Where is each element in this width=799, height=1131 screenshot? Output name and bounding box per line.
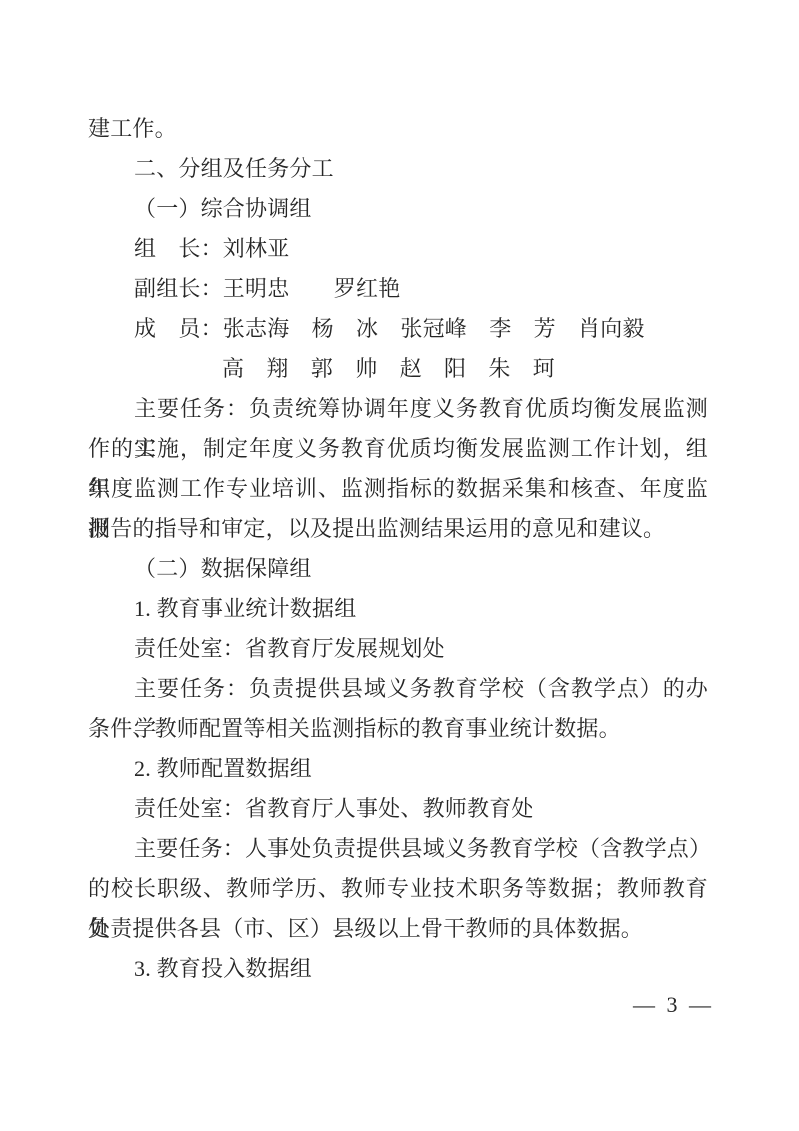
members-line-1: 成 员：张志海 杨 冰 张冠峰 李 芳 肖向毅 [88, 309, 708, 349]
section-heading: 二、分组及任务分工 [88, 149, 708, 189]
main-tasks-paragraph-line: 条件、教师配置等相关监测指标的教育事业统计数据。 [88, 709, 708, 749]
main-tasks-paragraph-line: 作的实施，制定年度义务教育优质均衡发展监测工作计划，组织 [88, 429, 708, 469]
main-tasks-paragraph-line: 主要任务：人事处负责提供县域义务教育学校（含教学点） [88, 829, 708, 869]
responsible-office-line: 责任处室：省教育厅人事处、教师教育处 [88, 789, 708, 829]
page-number: — 3 — [633, 990, 711, 1020]
paragraph-continuation-line: 建工作。 [88, 109, 708, 149]
deputy-leaders-line: 副组长：王明忠 罗红艳 [88, 269, 708, 309]
main-tasks-paragraph-line: 报告的指导和审定，以及提出监测结果运用的意见和建议。 [88, 509, 708, 549]
main-tasks-paragraph-line: 主要任务：负责提供县域义务教育学校（含教学点）的办学 [88, 669, 708, 709]
main-tasks-paragraph-line: 负责提供各县（市、区）县级以上骨干教师的具体数据。 [88, 909, 708, 949]
subsection-heading-group-1: （一）综合协调组 [88, 189, 708, 229]
members-line-2: 高 翔 郭 帅 赵 阳 朱 珂 [88, 349, 708, 389]
main-tasks-paragraph-line: 年度监测工作专业培训、监测指标的数据采集和核查、年度监测 [88, 469, 708, 509]
numbered-item-heading-2: 2. 教师配置数据组 [88, 749, 708, 789]
subsection-heading-group-2: （二）数据保障组 [88, 549, 708, 589]
document-page: 建工作。 二、分组及任务分工 （一）综合协调组 组 长：刘林亚 副组长：王明忠 … [0, 0, 799, 1131]
responsible-office-line: 责任处室：省教育厅发展规划处 [88, 629, 708, 669]
document-body: 建工作。 二、分组及任务分工 （一）综合协调组 组 长：刘林亚 副组长：王明忠 … [88, 109, 708, 989]
numbered-item-heading-3: 3. 教育投入数据组 [88, 949, 708, 989]
main-tasks-paragraph-line: 的校长职级、教师学历、教师专业技术职务等数据；教师教育处 [88, 869, 708, 909]
group-leader-line: 组 长：刘林亚 [88, 229, 708, 269]
numbered-item-heading-1: 1. 教育事业统计数据组 [88, 589, 708, 629]
main-tasks-paragraph-line: 主要任务：负责统筹协调年度义务教育优质均衡发展监测工 [88, 389, 708, 429]
